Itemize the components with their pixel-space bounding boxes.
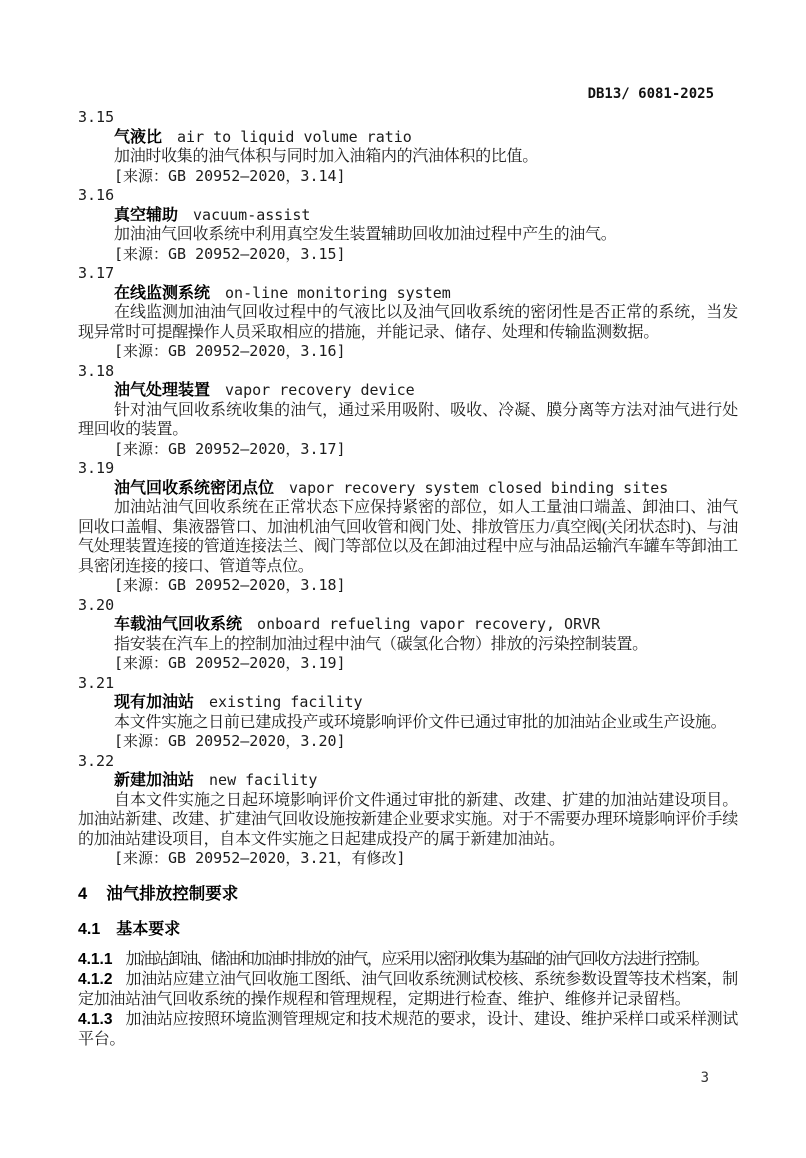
term-source: [来源：GB 20952—2020，3.21，有修改] — [78, 849, 738, 869]
chapter-heading: 4油气排放控制要求 — [78, 883, 738, 905]
term-definition: 自本文件实施之日起环境影响评价文件通过审批的新建、改建、扩建的加油站建设项目。加… — [78, 791, 738, 850]
term-title: 现有加油站existing facility — [78, 693, 738, 713]
term-definition: 加油油气回收系统中利用真空发生装置辅助回收加油过程中产生的油气。 — [78, 225, 738, 245]
page-content: 3.15 气液比air to liquid volume ratio 加油时收集… — [78, 108, 738, 1050]
clause-number: 4.1.3 — [78, 1011, 112, 1028]
clause-list: 4.1.1加油站卸油、储油和加油时排放的油气，应采用以密闭收集为基础的油气回收方… — [78, 950, 738, 1050]
clause-number: 4.1.2 — [78, 971, 112, 988]
term-definition: 指安装在汽车上的控制加油过程中油气（碳氢化合物）排放的污染控制装置。 — [78, 635, 738, 655]
term-title: 新建加油站new facility — [78, 771, 738, 791]
term-source: [来源：GB 20952—2020，3.15] — [78, 245, 738, 265]
clause-4-1-3: 4.1.3加油站应按照环境监测管理规定和技术规范的要求，设计、建设、维护采样口或… — [78, 1010, 738, 1050]
term-number: 3.22 — [78, 752, 738, 772]
term-title: 气液比air to liquid volume ratio — [78, 128, 738, 148]
section-title: 基本要求 — [116, 921, 180, 938]
term-number: 3.16 — [78, 186, 738, 206]
term-number: 3.18 — [78, 362, 738, 382]
term-en: existing facility — [209, 693, 363, 711]
term-zh: 车载油气回收系统 — [114, 616, 242, 633]
term-zh: 新建加油站 — [114, 772, 194, 789]
term-source: [来源：GB 20952—2020，3.17] — [78, 440, 738, 460]
term-zh: 真空辅助 — [114, 207, 178, 224]
term-number: 3.15 — [78, 108, 738, 128]
clause-text: 加油站应建立油气回收施工图纸、油气回收系统测试校核、系统参数设置等技术档案，制定… — [78, 971, 738, 1008]
term-zh: 气液比 — [114, 129, 162, 146]
term-en: vapor recovery system closed binding sit… — [289, 479, 668, 497]
term-title: 油气回收系统密闭点位vapor recovery system closed b… — [78, 479, 738, 499]
term-definition: 在线监测加油油气回收过程中的气液比以及油气回收系统的密闭性是否正常的系统，当发现… — [78, 303, 738, 342]
term-source: [来源：GB 20952—2020，3.18] — [78, 576, 738, 596]
clause-text: 加油站卸油、储油和加油时排放的油气，应采用以密闭收集为基础的油气回收方法进行控制… — [125, 951, 707, 968]
term-entry-3-19: 3.19 油气回收系统密闭点位vapor recovery system clo… — [78, 459, 738, 596]
term-zh: 油气处理装置 — [114, 382, 210, 399]
term-definition: 加油时收集的油气体积与同时加入油箱内的汽油体积的比值。 — [78, 147, 738, 167]
term-zh: 现有加油站 — [114, 694, 194, 711]
section-heading: 4.1基本要求 — [78, 919, 738, 941]
term-entry-3-16: 3.16 真空辅助vacuum-assist 加油油气回收系统中利用真空发生装置… — [78, 186, 738, 264]
term-title: 真空辅助vacuum-assist — [78, 206, 738, 226]
term-definition: 本文件实施之日前已建成投产或环境影响评价文件已通过审批的加油站企业或生产设施。 — [78, 713, 738, 733]
page-number: 3 — [701, 1070, 709, 1086]
term-zh: 油气回收系统密闭点位 — [114, 480, 274, 497]
term-source: [来源：GB 20952—2020，3.20] — [78, 732, 738, 752]
term-number: 3.17 — [78, 264, 738, 284]
chapter-number: 4 — [78, 885, 87, 903]
term-source: [来源：GB 20952—2020，3.14] — [78, 167, 738, 187]
clause-number: 4.1.1 — [78, 951, 112, 968]
term-en: on-line monitoring system — [225, 284, 451, 302]
chapter-title: 油气排放控制要求 — [106, 885, 238, 903]
clause-4-1-1: 4.1.1加油站卸油、储油和加油时排放的油气，应采用以密闭收集为基础的油气回收方… — [78, 950, 738, 970]
term-en: new facility — [209, 771, 317, 789]
term-definition: 加油站油气回收系统在正常状态下应保持紧密的部位，如人工量油口端盖、卸油口、油气回… — [78, 498, 738, 576]
term-zh: 在线监测系统 — [114, 285, 210, 302]
document-page: { "header": { "doc_code": "DB13/ 6081-20… — [0, 0, 806, 1158]
term-entry-3-15: 3.15 气液比air to liquid volume ratio 加油时收集… — [78, 108, 738, 186]
term-number: 3.19 — [78, 459, 738, 479]
term-entry-3-18: 3.18 油气处理装置vapor recovery device 针对油气回收系… — [78, 362, 738, 460]
term-source: [来源：GB 20952—2020，3.16] — [78, 342, 738, 362]
term-title: 车载油气回收系统onboard refueling vapor recovery… — [78, 615, 738, 635]
doc-code-header: DB13/ 6081-2025 — [588, 86, 714, 102]
term-en: vapor recovery device — [225, 381, 415, 399]
term-entry-3-17: 3.17 在线监测系统on-line monitoring system 在线监… — [78, 264, 738, 362]
term-source: [来源：GB 20952—2020，3.19] — [78, 654, 738, 674]
section-number: 4.1 — [78, 921, 100, 938]
clause-4-1-2: 4.1.2加油站应建立油气回收施工图纸、油气回收系统测试校核、系统参数设置等技术… — [78, 970, 738, 1010]
term-number: 3.21 — [78, 674, 738, 694]
term-title: 在线监测系统on-line monitoring system — [78, 284, 738, 304]
term-title: 油气处理装置vapor recovery device — [78, 381, 738, 401]
term-entry-3-21: 3.21 现有加油站existing facility 本文件实施之日前已建成投… — [78, 674, 738, 752]
term-entry-3-22: 3.22 新建加油站new facility 自本文件实施之日起环境影响评价文件… — [78, 752, 738, 869]
term-number: 3.20 — [78, 596, 738, 616]
term-definition: 针对油气回收系统收集的油气，通过采用吸附、吸收、冷凝、膜分离等方法对油气进行处理… — [78, 401, 738, 440]
term-en: air to liquid volume ratio — [177, 128, 412, 146]
clause-text: 加油站应按照环境监测管理规定和技术规范的要求，设计、建设、维护采样口或采样测试平… — [78, 1011, 738, 1048]
term-en: vacuum-assist — [193, 206, 310, 224]
term-entry-3-20: 3.20 车载油气回收系统onboard refueling vapor rec… — [78, 596, 738, 674]
term-en: onboard refueling vapor recovery, ORVR — [257, 615, 600, 633]
